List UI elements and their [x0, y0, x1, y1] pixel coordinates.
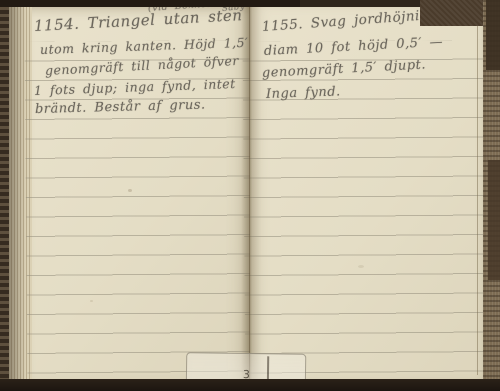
- paper-stain: [128, 189, 132, 192]
- binding-gutter-shadow: [241, 7, 261, 380]
- book-cover-bottom-edge: [0, 379, 500, 391]
- book-cover-right-top-dark: [486, 0, 500, 70]
- underlying-page-edge: [477, 10, 478, 375]
- book-cover-right-dark-patch: [488, 160, 500, 280]
- entry-1155-line-4: Inga fynd.: [266, 84, 341, 102]
- scanned-notebook-photo: (vid Boxholms.) Säby 1154. Triangel utan…: [0, 0, 500, 391]
- paper-stain: [90, 300, 93, 302]
- binding-gutter-line: [249, 7, 250, 380]
- paper-stain: [358, 265, 364, 268]
- book-cover-left-marbled-edge: [0, 0, 9, 391]
